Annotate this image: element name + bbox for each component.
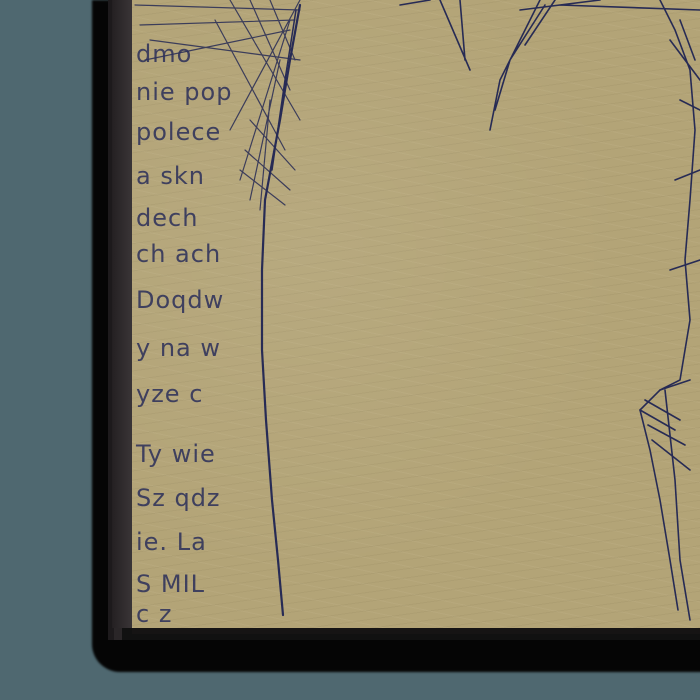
handwritten-line: Sz qdz <box>136 484 221 512</box>
handwritten-line: ch ach <box>136 240 221 268</box>
handwritten-line: dech <box>136 204 198 232</box>
handwritten-line: yze c <box>136 380 203 408</box>
handwritten-line: ie. La <box>136 528 207 556</box>
handwritten-line: nie pop <box>136 78 232 106</box>
handwritten-line: Doqdw <box>136 286 224 314</box>
handwritten-line: polece <box>136 118 221 146</box>
ink-drawing <box>0 0 700 700</box>
handwritten-line: c z <box>136 600 172 628</box>
handwritten-line: S MIL <box>136 570 205 598</box>
handwritten-line: Ty wie <box>136 440 216 468</box>
handwritten-line: y na w <box>136 334 221 362</box>
handwritten-line: dmo <box>136 40 192 68</box>
handwritten-line: a skn <box>136 162 205 190</box>
